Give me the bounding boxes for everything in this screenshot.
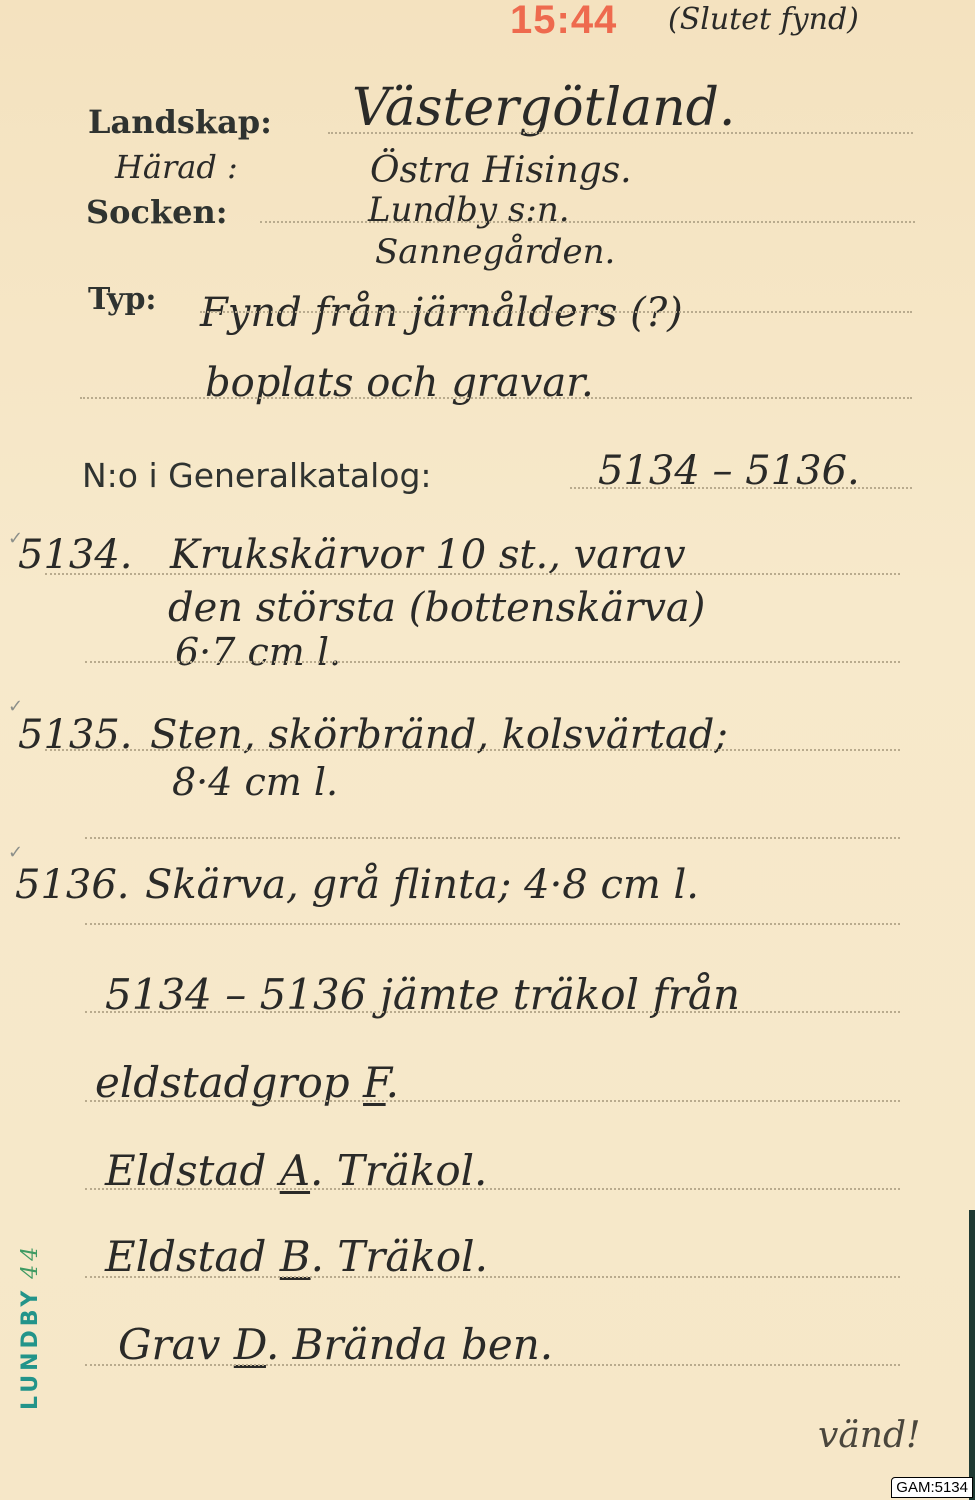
typ-value-line2: boplats och gravar. <box>205 360 594 406</box>
generalkatalog-line <box>570 487 912 489</box>
lundby-stamp-text: LUNDBY <box>18 1287 43 1410</box>
entry-line1-5136: Skärva, grå flinta; 4·8 cm l. <box>145 862 699 908</box>
harad-value: Östra Hisings. <box>370 150 632 191</box>
entry-line-5134-b <box>85 661 900 663</box>
typ-line-2 <box>80 397 912 399</box>
entry-number-5134: 5134. <box>18 532 133 578</box>
entry-line1-5135: Sten, skörbränd, kolsvärtad; <box>150 712 728 758</box>
entry-line-5136 <box>85 923 900 925</box>
grav-d-prefix: Grav <box>118 1320 220 1369</box>
lundby-side-stamp: LUNDBY44 <box>18 1243 43 1410</box>
socken-line <box>260 221 915 223</box>
check-mark-5136: ✓ <box>8 842 23 863</box>
reference-id-badge: GAM:5134 <box>891 1477 973 1498</box>
entry-line2-5134: den största (bottenskärva) <box>168 585 705 631</box>
card-edge <box>969 1210 975 1500</box>
typ-label: Typ: <box>88 282 157 317</box>
entry-line-5135-a <box>45 749 900 751</box>
status-note: (Slutet fynd) <box>668 2 859 37</box>
socken-value: Lundby s:n. <box>368 190 570 230</box>
entry-line3-5134: 6·7 cm l. <box>175 630 341 674</box>
grav-d-text: . Brända ben. <box>266 1320 553 1369</box>
typ-line-1 <box>200 311 912 313</box>
generalkatalog-label: N:o i Generalkatalog: <box>82 456 432 495</box>
eldstad-b-prefix: Eldstad <box>105 1232 266 1281</box>
catalog-card: 15:44 (Slutet fynd) Landskap: Västergötl… <box>0 0 975 1500</box>
socken-value-line2: Sannegården. <box>375 232 615 272</box>
landskap-value: Västergötland. <box>352 78 735 138</box>
note-line-1 <box>85 1011 900 1013</box>
entry-line1-5134: Krukskärvor 10 st., varav <box>170 532 686 578</box>
note-line-4 <box>85 1276 900 1278</box>
landskap-label: Landskap: <box>88 103 272 141</box>
entry-number-5136: 5136. <box>15 862 130 908</box>
lundby-stamp-number: 44 <box>18 1243 43 1279</box>
catalog-stamp-number: 15:44 <box>510 0 617 43</box>
entry-line2-5135: 8·4 cm l. <box>172 760 338 804</box>
entry-line-5135-b <box>85 837 900 839</box>
entry-line-5134-a <box>45 573 900 575</box>
note-line-2 <box>85 1100 900 1102</box>
note-eldstad-b: Eldstad B. Träkol. <box>105 1232 488 1281</box>
eldstad-b-letter: B <box>280 1232 311 1281</box>
typ-value: Fynd från järnålders (?) <box>200 290 683 336</box>
socken-label: Socken: <box>86 193 228 231</box>
landskap-line <box>328 132 913 134</box>
entry-number-5135: 5135. <box>18 712 133 758</box>
grav-d-letter: D <box>234 1320 266 1369</box>
note-grav-d: Grav D. Brända ben. <box>118 1320 553 1369</box>
note-line-5 <box>85 1364 900 1366</box>
note-line-3 <box>85 1188 900 1190</box>
turn-over-note: vänd! <box>818 1415 921 1456</box>
harad-label: Härad : <box>115 148 238 186</box>
eldstad-b-text: . Träkol. <box>311 1232 488 1281</box>
